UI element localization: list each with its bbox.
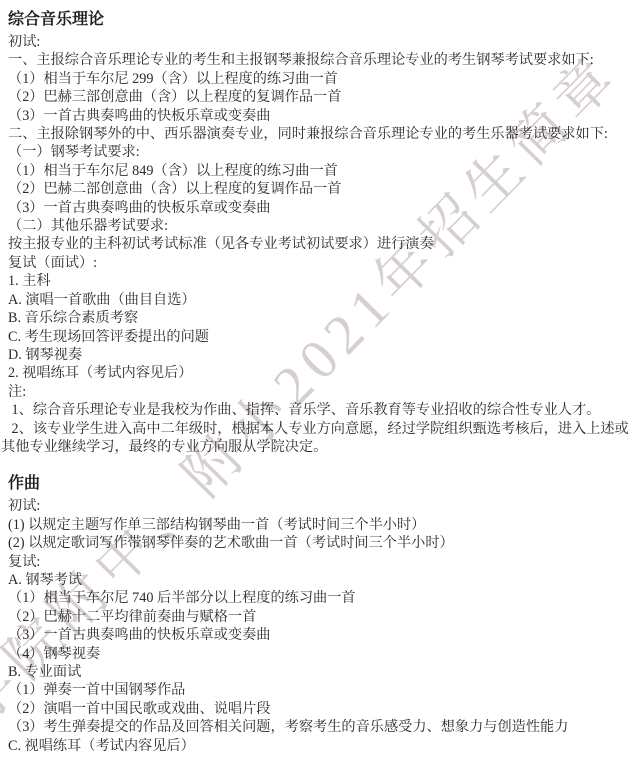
text-line: 2、该专业学生进入高中二年级时，根据本人专业方向意愿，经过学院组织甄选考核后，进… [8,420,632,438]
text-line: （3）一首古典奏鸣曲的快板乐章或变奏曲 [8,626,632,644]
text-line: C. 视唱练耳（考试内容见后） [8,737,632,755]
text-line: （2）巴赫十二平均律前奏曲与赋格一首 [8,608,632,626]
text-line: （2）巴赫二部创意曲（含）以上程度的复调作品一首 [8,180,632,198]
section-title: 综合音乐理论 [8,10,632,30]
text-line: 初试: [8,33,632,51]
document-body: 综合音乐理论初试:一、主报综合音乐理论专业的考生和主报钢琴兼报综合音乐理论专业的… [0,0,632,755]
text-line: 1. 主科 [8,272,632,290]
text-line: （3）一首古典奏鸣曲的快板乐章或变奏曲 [8,199,632,217]
text-line: （1）相当于车尔尼 740 后半部分以上程度的练习曲一首 [8,589,632,607]
text-line: （2）巴赫三部创意曲（含）以上程度的复调作品一首 [8,88,632,106]
section-title: 作曲 [8,474,632,494]
text-line: (2) 以规定歌词写作带钢琴伴奏的艺术歌曲一首（考试时间三个半小时） [8,534,632,552]
text-line: A. 演唱一首歌曲（曲目自选） [8,291,632,309]
text-line: D. 钢琴视奏 [8,346,632,364]
text-line: 按主报专业的主科初试考试标准（见各专业考试初试要求）进行演奏 [8,235,632,253]
text-line: （3）考生弹奏提交的作品及回答相关问题，考察考生的音乐感受力、想象力与创造性能力 [8,718,632,736]
text-line: B. 专业面试 [8,663,632,681]
text-line: 1、综合音乐理论专业是我校为作曲、指挥、音乐学、音乐教育等专业招收的综合性专业人… [8,401,632,419]
text-line: (1) 以规定主题写作单三部结构钢琴曲一首（考试时间三个半小时） [8,516,632,534]
text-line: （4）钢琴视奏 [8,645,632,663]
text-line: B. 音乐综合素质考察 [8,309,632,327]
text-line: 其他专业继续学习，最终的专业方向服从学院决定。 [1,438,632,456]
text-line: 二、主报除钢琴外的中、西乐器演奏专业，同时兼报综合音乐理论专业的考生乐器考试要求… [8,125,632,143]
text-line: （二）其他乐器考试要求: [8,217,632,235]
text-line: （1）相当于车尔尼 299（含）以上程度的练习曲一首 [8,70,632,88]
text-line: （2）演唱一首中国民歌或戏曲、说唱片段 [8,700,632,718]
text-line: 复试（面试）: [8,254,632,272]
text-line: （1）相当于车尔尼 849（含）以上程度的练习曲一首 [8,162,632,180]
text-line: （3）一首古典奏鸣曲的快板乐章或变奏曲 [8,107,632,125]
text-line: （1）弹奏一首中国钢琴作品 [8,681,632,699]
text-line: （一）钢琴考试要求: [8,143,632,161]
text-line: 2. 视唱练耳（考试内容见后） [8,364,632,382]
text-line: A. 钢琴考试 [8,571,632,589]
text-line: C. 考生现场回答评委提出的问题 [8,328,632,346]
text-line: 一、主报综合音乐理论专业的考生和主报钢琴兼报综合音乐理论专业的考生钢琴考试要求如… [8,51,632,69]
text-line: 复试: [8,553,632,571]
document-page: 学院附中、附小2021年招生简章 综合音乐理论初试:一、主报综合音乐理论专业的考… [0,0,632,759]
section: 作曲初试:(1) 以规定主题写作单三部结构钢琴曲一首（考试时间三个半小时）(2)… [8,474,632,755]
text-line: 注: [8,383,632,401]
text-line: 初试: [8,497,632,515]
section: 综合音乐理论初试:一、主报综合音乐理论专业的考生和主报钢琴兼报综合音乐理论专业的… [8,10,632,456]
